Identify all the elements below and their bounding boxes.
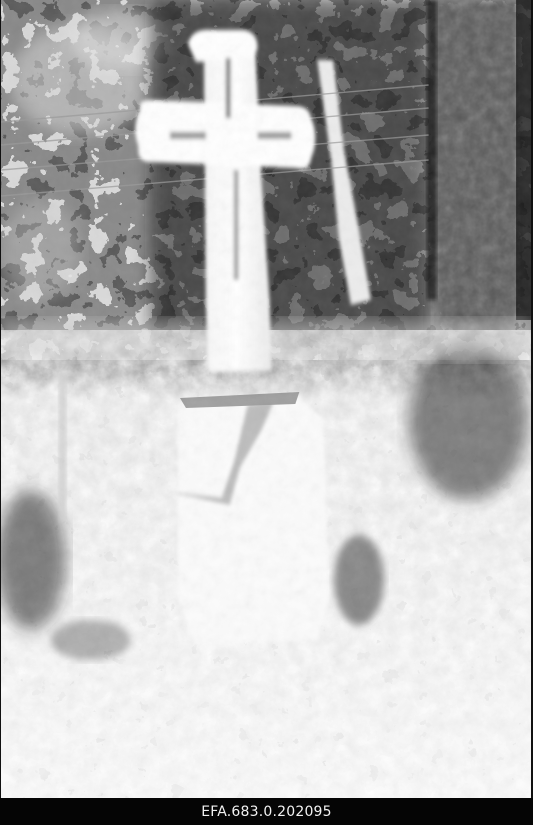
archival-photograph bbox=[0, 0, 533, 798]
archive-id-caption: EFA.683.0.202095 bbox=[201, 805, 332, 819]
cemetery-scene bbox=[1, 0, 531, 798]
caption-bar: EFA.683.0.202095 bbox=[0, 798, 533, 825]
